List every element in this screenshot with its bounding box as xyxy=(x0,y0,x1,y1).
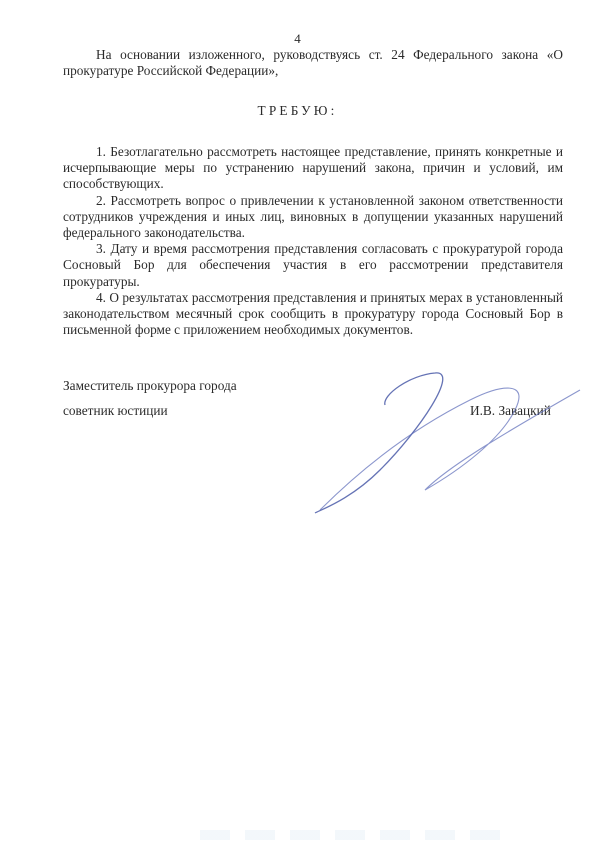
page-number: 4 xyxy=(0,31,595,47)
demand-item-4: 4. О результатах рассмотрения представле… xyxy=(63,290,563,339)
demands-list: 1. Безотлагательно рассмотреть настоящее… xyxy=(63,144,563,338)
demand-item-3: 3. Дату и время рассмотрения представлен… xyxy=(63,241,563,290)
demand-item-2: 2. Рассмотреть вопрос о привлечении к ус… xyxy=(63,193,563,242)
demand-item-1: 1. Безотлагательно рассмотреть настоящее… xyxy=(63,144,563,193)
heading-trebuyu: ТРЕБУЮ: xyxy=(0,103,595,119)
signer-position-line-1: Заместитель прокурора города xyxy=(63,378,237,394)
handwritten-signature xyxy=(300,370,595,520)
intro-line-1: На основании изложенного, руководствуясь… xyxy=(96,47,538,62)
intro-paragraph: На основании изложенного, руководствуясь… xyxy=(63,47,563,79)
signer-position-line-2: советник юстиции xyxy=(63,403,168,419)
bleed-through-marks xyxy=(200,830,500,840)
